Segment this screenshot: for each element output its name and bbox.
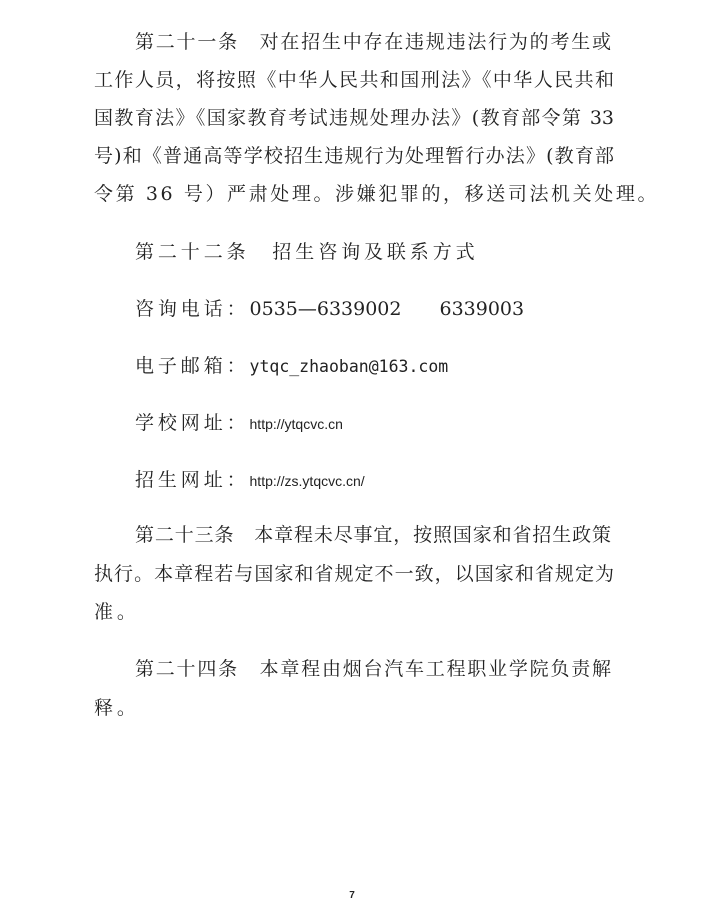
document-page: 第二十一条 对在招生中存在违规违法行为的考生或 工作人员，将按照《中华人民共和国… [0,0,704,908]
article-21-line-5: 令第 36 号）严肃处理。涉嫌犯罪的，移送司法机关处理。 [94,182,614,206]
phone-value: 0535—6339002 6339003 [250,298,525,320]
admission-site-label: 招生网址： [135,469,250,491]
article-24-line-2: 释。 [94,696,614,720]
article-24-line-1: 第二十四条 本章程由烟台汽车工程职业学院负责解 [135,657,611,681]
article-21-line-1: 第二十一条 对在招生中存在违规违法行为的考生或 [135,30,611,54]
school-site-label: 学校网址： [135,412,250,434]
contact-email: 电子邮箱：ytqc_zhaoban@163.com [135,354,611,378]
contact-phone: 咨询电话：0535—6339002 6339003 [135,297,611,321]
article-23-line-2: 执行。本章程若与国家和省规定不一致，以国家和省规定为 [94,562,614,586]
contact-school-site: 学校网址：http://ytqcvc.cn [135,411,611,435]
article-21-line-2: 工作人员，将按照《中华人民共和国刑法》《中华人民共和 [94,68,614,92]
admission-site-link[interactable]: http://zs.ytqcvc.cn/ [250,473,365,489]
article-22-heading: 第二十二条 招生咨询及联系方式 [135,240,611,264]
article-21-line-4: 号)和《普通高等学校招生违规行为处理暂行办法》(教育部 [94,144,614,168]
contact-admission-site: 招生网址：http://zs.ytqcvc.cn/ [135,468,611,492]
school-site-link[interactable]: http://ytqcvc.cn [250,416,343,432]
page-number: 7 [344,890,360,901]
article-23-line-1: 第二十三条 本章程未尽事宜，按照国家和省招生政策 [135,523,611,547]
phone-label: 咨询电话： [135,298,250,320]
email-label: 电子邮箱： [135,355,250,377]
article-23-line-3: 准。 [94,600,614,624]
article-21-line-3: 国教育法》《国家教育考试违规处理办法》(教育部令第 33 [94,106,614,130]
email-value: ytqc_zhaoban@163.com [250,357,449,376]
